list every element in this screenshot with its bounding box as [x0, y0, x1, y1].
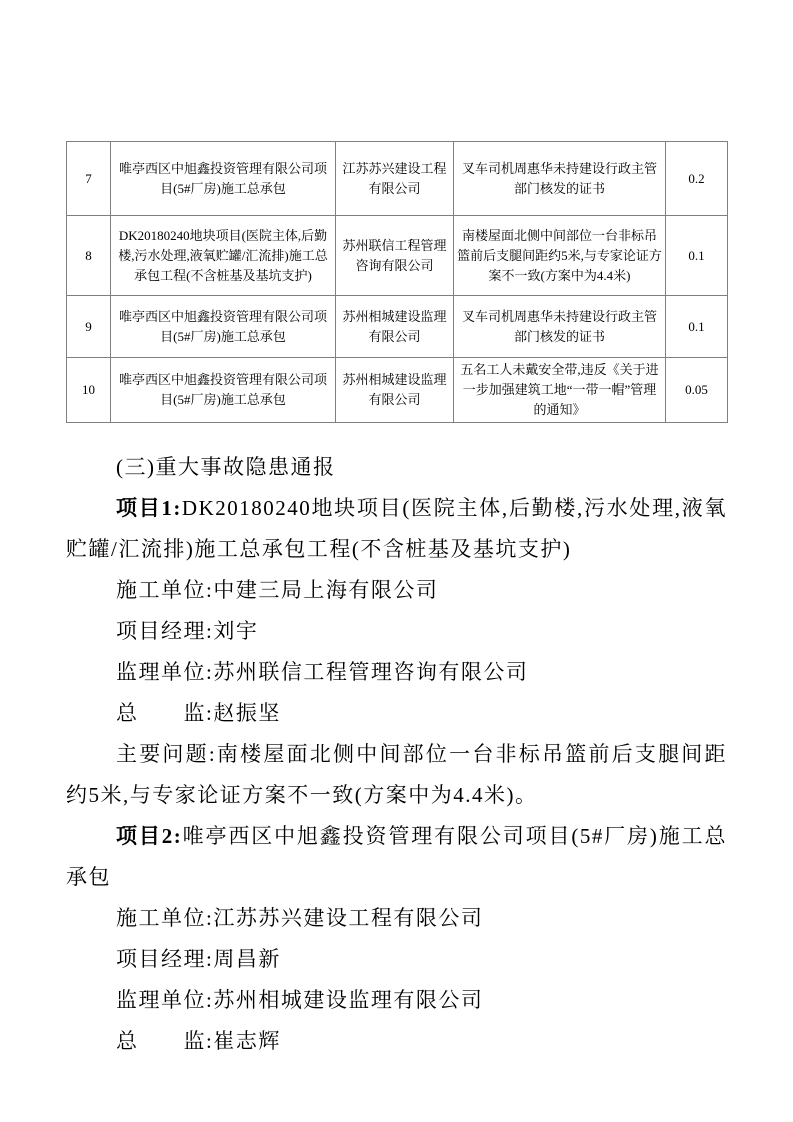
project2-supervision-unit-line: 监理单位:苏州相城建设监理有限公司 [66, 980, 727, 1021]
project-name-cell: 唯亭西区中旭鑫投资管理有限公司项目(5#厂房)施工总承包 [111, 296, 336, 358]
company-cell: 苏州相城建设监理有限公司 [336, 296, 454, 358]
project1-chief-supervisor-line: 总 监:赵振坚 [66, 693, 727, 734]
issue-cell: 五名工人未戴安全带,违反《关于进一步加强建筑工地“一带一帽”管理的通知》 [454, 358, 666, 423]
project2-chief-supervisor-line: 总 监:崔志辉 [66, 1021, 727, 1062]
document-content: 7 唯亭西区中旭鑫投资管理有限公司项目(5#厂房)施工总承包 江苏苏兴建设工程有… [66, 141, 727, 1062]
document-page: 7 唯亭西区中旭鑫投资管理有限公司项目(5#厂房)施工总承包 江苏苏兴建设工程有… [0, 0, 793, 1122]
table-row: 7 唯亭西区中旭鑫投资管理有限公司项目(5#厂房)施工总承包 江苏苏兴建设工程有… [67, 142, 728, 216]
issue-cell: 叉车司机周惠华未持建设行政主管部门核发的证书 [454, 142, 666, 216]
issue-cell: 南楼屋面北侧中间部位一台非标吊篮前后支腿间距约5米,与专家论证方案不一致(方案中… [454, 216, 666, 296]
row-number-cell: 10 [67, 358, 111, 423]
project-name-cell: 唯亭西区中旭鑫投资管理有限公司项目(5#厂房)施工总承包 [111, 142, 336, 216]
score-cell: 0.2 [666, 142, 728, 216]
project1-issue-paragraph: 主要问题:南楼屋面北侧中间部位一台非标吊篮前后支腿间距约5米,与专家论证方案不一… [66, 734, 727, 816]
section-heading: (三)重大事故隐患通报 [66, 447, 727, 488]
project1-title-paragraph: 项目1:DK20180240地块项目(医院主体,后勤楼,污水处理,液氧贮罐/汇流… [66, 488, 727, 570]
hazard-score-table: 7 唯亭西区中旭鑫投资管理有限公司项目(5#厂房)施工总承包 江苏苏兴建设工程有… [66, 141, 728, 423]
table-row: 8 DK20180240地块项目(医院主体,后勤楼,污水处理,液氧贮罐/汇流排)… [67, 216, 728, 296]
issue-cell: 叉车司机周惠华未持建设行政主管部门核发的证书 [454, 296, 666, 358]
table-row: 10 唯亭西区中旭鑫投资管理有限公司项目(5#厂房)施工总承包 苏州相城建设监理… [67, 358, 728, 423]
project2-label: 项目2: [116, 824, 182, 848]
project1-contractor-line: 施工单位:中建三局上海有限公司 [66, 570, 727, 611]
row-number-cell: 7 [67, 142, 111, 216]
project-name-cell: DK20180240地块项目(医院主体,后勤楼,污水处理,液氧贮罐/汇流排)施工… [111, 216, 336, 296]
project2-title-paragraph: 项目2:唯亭西区中旭鑫投资管理有限公司项目(5#厂房)施工总承包 [66, 816, 727, 898]
project-name-cell: 唯亭西区中旭鑫投资管理有限公司项目(5#厂房)施工总承包 [111, 358, 336, 423]
project1-supervision-unit-line: 监理单位:苏州联信工程管理咨询有限公司 [66, 652, 727, 693]
company-cell: 苏州联信工程管理咨询有限公司 [336, 216, 454, 296]
score-cell: 0.05 [666, 358, 728, 423]
row-number-cell: 8 [67, 216, 111, 296]
project1-label: 项目1: [116, 496, 182, 520]
company-cell: 江苏苏兴建设工程有限公司 [336, 142, 454, 216]
row-number-cell: 9 [67, 296, 111, 358]
score-cell: 0.1 [666, 216, 728, 296]
project1-issue-label: 主要问题: [116, 742, 216, 766]
project2-contractor-line: 施工单位:江苏苏兴建设工程有限公司 [66, 898, 727, 939]
score-cell: 0.1 [666, 296, 728, 358]
table-row: 9 唯亭西区中旭鑫投资管理有限公司项目(5#厂房)施工总承包 苏州相城建设监理有… [67, 296, 728, 358]
project1-manager-line: 项目经理:刘宇 [66, 611, 727, 652]
company-cell: 苏州相城建设监理有限公司 [336, 358, 454, 423]
project2-manager-line: 项目经理:周昌新 [66, 939, 727, 980]
